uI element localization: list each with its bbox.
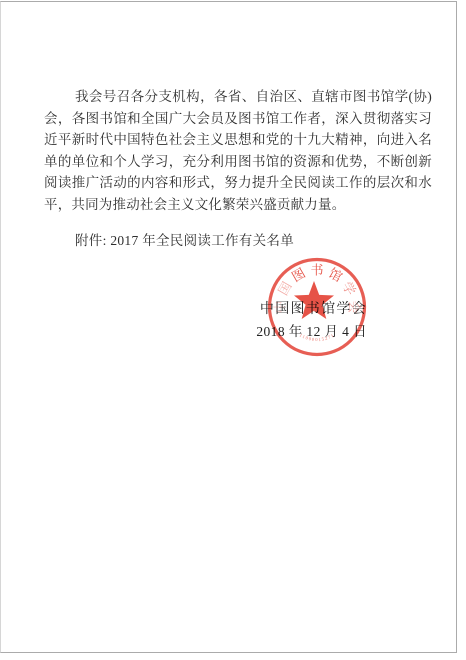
seal-code: 11000015271 <box>299 333 336 343</box>
body-line: 近平新时代中国特色社会主义思想和党的十九大精神，向进入名 <box>44 129 432 151</box>
seal-arc-char: 中 <box>273 300 288 313</box>
letter-body: 我会号召各分支机构，各省、自治区、直辖市图书馆学(协) 会，各图书馆和全国广大会… <box>44 86 432 216</box>
body-line: 我会号召各分支机构，各省、自治区、直辖市图书馆学(协) <box>44 86 432 108</box>
body-line: 平，共同为推动社会主义文化繁荣兴盛贡献力量。 <box>44 194 432 216</box>
svg-text:11000015271: 11000015271 <box>299 333 336 343</box>
seal-arc-char: 书 <box>310 263 323 278</box>
official-seal: 中 国 图 书 馆 学 会 11000015271 <box>255 245 379 369</box>
scanned-letter-page: 我会号召各分支机构，各省、自治区、直辖市图书馆学(协) 会，各图书馆和全国广大会… <box>0 0 466 660</box>
seal-arc-char: 会 <box>347 300 362 313</box>
body-line: 阅读推广活动的内容和形式，努力提升全民阅读工作的层次和水 <box>44 172 432 194</box>
star-icon <box>294 281 334 319</box>
body-line: 单的单位和个人学习，充分利用图书馆的资源和优势，不断创新 <box>44 151 432 173</box>
body-line: 会，各图书馆和全国广大会员及图书馆工作者，深入贯彻落实习 <box>44 108 432 130</box>
